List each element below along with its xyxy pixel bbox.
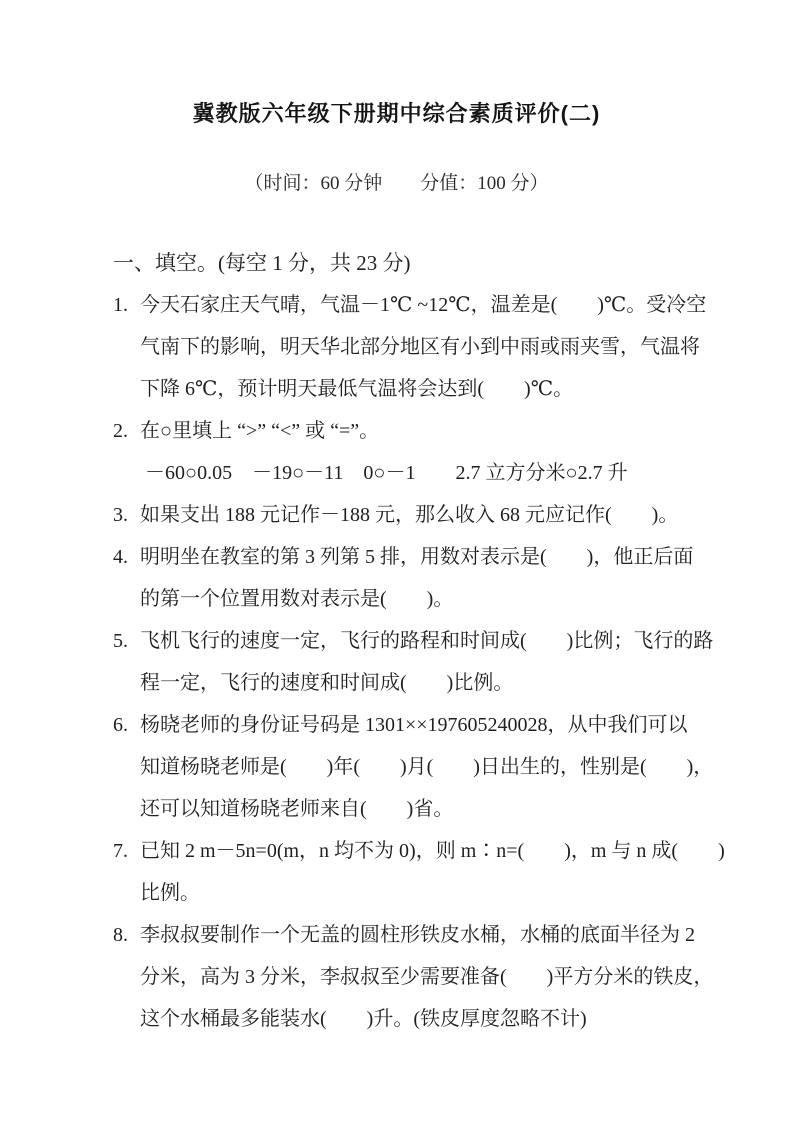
question-line: 气南下的影响，明天华北部分地区有小到中雨或雨夹雪，气温将: [113, 326, 708, 368]
question-line: 分米，高为 3 分米，李叔叔至少需要准备( )平方分米的铁皮，: [113, 956, 708, 998]
exam-info-line: （时间：60 分钟 分值：100 分）: [0, 172, 793, 196]
question-number: 3.: [113, 494, 140, 536]
question-text: 在○里填上 “>” “<” 或 “=”。: [140, 420, 379, 442]
question-line: 1.今天石家庄天气晴，气温－1℃ ~12℃，温差是( )℃。受冷空: [113, 284, 708, 326]
question-3: 3.如果支出 188 元记作－188 元，那么收入 68 元应记作( )。: [113, 494, 708, 536]
exam-paper: 冀教版六年级下册期中综合素质评价(二) （时间：60 分钟 分值：100 分） …: [0, 0, 793, 1122]
question-number: 6.: [113, 704, 140, 746]
question-line: 比例。: [113, 872, 708, 914]
question-line: 程一定，飞行的速度和时间成( )比例。: [113, 662, 708, 704]
exam-title: 冀教版六年级下册期中综合素质评价(二): [0, 0, 793, 127]
question-number: 4.: [113, 536, 140, 578]
question-line: 知道杨晓老师是( )年( )月( )日出生的，性别是( )，: [113, 746, 708, 788]
question-text: 如果支出 188 元记作－188 元，那么收入 68 元应记作( )。: [140, 504, 678, 526]
question-line: 还可以知道杨晓老师来自( )省。: [113, 788, 708, 830]
question-number: 8.: [113, 914, 140, 956]
question-line: －60○0.05 －19○－11 0○－1 2.7 立方分米○2.7 升: [113, 452, 708, 494]
section-heading-fill-in-blanks: 一、填空。(每空 1 分，共 23 分): [113, 242, 708, 284]
question-line: 6.杨晓老师的身份证号码是 1301××197605240028，从中我们可以: [113, 704, 708, 746]
question-text: 明明坐在教室的第 3 列第 5 排，用数对表示是( )，他正后面: [140, 546, 693, 568]
question-1: 1.今天石家庄天气晴，气温－1℃ ~12℃，温差是( )℃。受冷空 气南下的影响…: [113, 284, 708, 410]
question-5: 5.飞机飞行的速度一定，飞行的路程和时间成( )比例；飞行的路 程一定，飞行的速…: [113, 620, 708, 704]
question-number: 2.: [113, 410, 140, 452]
question-text: 已知 2 m－5n=0(m，n 均不为 0)，则 m∶n=( )，m 与 n 成…: [140, 840, 725, 862]
question-line: 3.如果支出 188 元记作－188 元，那么收入 68 元应记作( )。: [113, 494, 708, 536]
question-line: 5.飞机飞行的速度一定，飞行的路程和时间成( )比例；飞行的路: [113, 620, 708, 662]
question-line: 7.已知 2 m－5n=0(m，n 均不为 0)，则 m∶n=( )，m 与 n…: [113, 830, 708, 872]
question-line: 下降 6℃，预计明天最低气温将会达到( )℃。: [113, 368, 708, 410]
paper-body: 一、填空。(每空 1 分，共 23 分) 1.今天石家庄天气晴，气温－1℃ ~1…: [113, 242, 708, 1040]
question-text: 今天石家庄天气晴，气温－1℃ ~12℃，温差是( )℃。受冷空: [140, 294, 706, 316]
question-line: 4.明明坐在教室的第 3 列第 5 排，用数对表示是( )，他正后面: [113, 536, 708, 578]
question-7: 7.已知 2 m－5n=0(m，n 均不为 0)，则 m∶n=( )，m 与 n…: [113, 830, 708, 914]
question-text: 李叔叔要制作一个无盖的圆柱形铁皮水桶，水桶的底面半径为 2: [140, 924, 695, 946]
question-text: 飞机飞行的速度一定，飞行的路程和时间成( )比例；飞行的路: [140, 630, 713, 652]
question-number: 1.: [113, 284, 140, 326]
question-8: 8.李叔叔要制作一个无盖的圆柱形铁皮水桶，水桶的底面半径为 2 分米，高为 3 …: [113, 914, 708, 1040]
question-6: 6.杨晓老师的身份证号码是 1301××197605240028，从中我们可以 …: [113, 704, 708, 830]
question-4: 4.明明坐在教室的第 3 列第 5 排，用数对表示是( )，他正后面 的第一个位…: [113, 536, 708, 620]
question-2: 2.在○里填上 “>” “<” 或 “=”。 －60○0.05 －19○－11 …: [113, 410, 708, 494]
question-line: 2.在○里填上 “>” “<” 或 “=”。: [113, 410, 708, 452]
question-line: 这个水桶最多能装水( )升。(铁皮厚度忽略不计): [113, 998, 708, 1040]
question-line: 的第一个位置用数对表示是( )。: [113, 578, 708, 620]
question-number: 5.: [113, 620, 140, 662]
question-text: 杨晓老师的身份证号码是 1301××197605240028，从中我们可以: [140, 714, 688, 736]
question-number: 7.: [113, 830, 140, 872]
question-line: 8.李叔叔要制作一个无盖的圆柱形铁皮水桶，水桶的底面半径为 2: [113, 914, 708, 956]
